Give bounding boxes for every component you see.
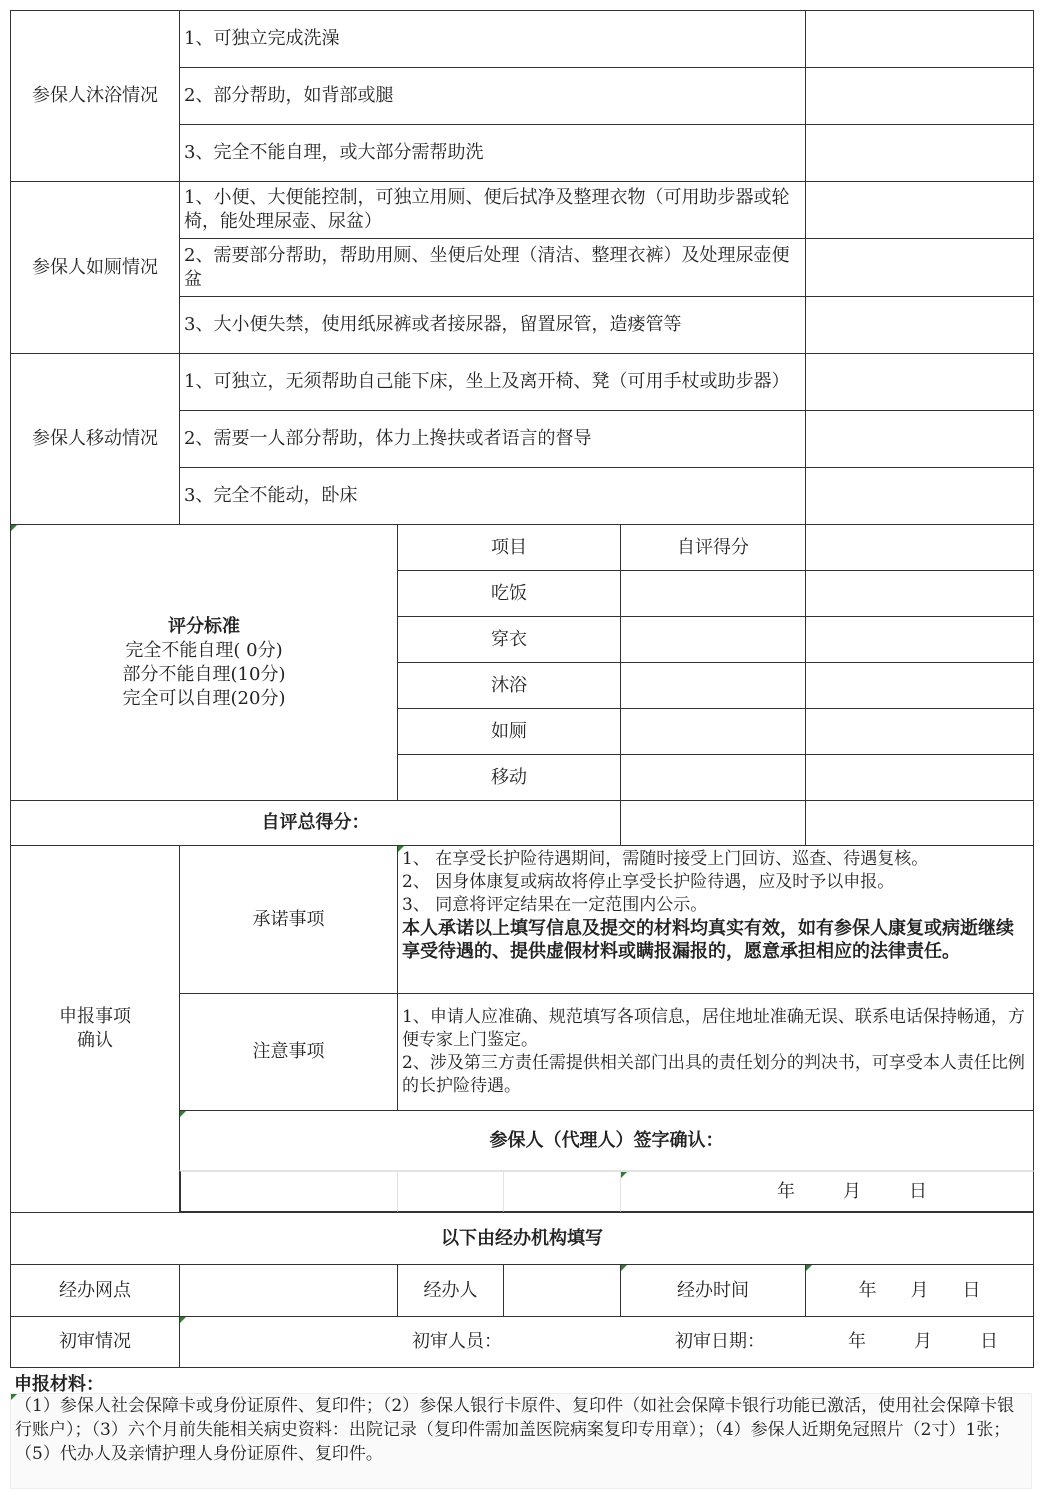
review-date-label: 初审日期：	[675, 1330, 765, 1354]
mobility-option-2-check[interactable]	[805, 410, 1034, 468]
cell-marker-icon	[180, 1111, 186, 1117]
review-content[interactable]: 初审人员： 初审日期： 年 月 日	[179, 1316, 1034, 1368]
bathing-option-1: 1、可独立完成洗澡	[179, 10, 806, 68]
scoring-criteria: 评分标准 完全不能自理( 0分) 部分不能自理(10分) 完全可以自理(20分)	[10, 524, 398, 801]
notice-label-text: 注意事项	[253, 1040, 325, 1064]
total-label-text: 自评总得分：	[262, 811, 370, 835]
item-text: 沐浴	[491, 674, 527, 698]
toileting-option-1: 1、小便、大便能控制，可独立用厕、便后拭净及整理衣物（可用助步器或轮椅，能处理尿…	[179, 181, 806, 239]
time-date-input[interactable]: 年 月 日	[805, 1264, 1034, 1317]
date-day: 日	[909, 1180, 927, 1204]
date-year: 年	[859, 1279, 877, 1303]
promise-item: 2、 因身体康复或病故将停止享受长护险待遇，应及时予以申报。	[402, 871, 1029, 894]
score-input-eating[interactable]	[620, 570, 806, 617]
score-extra-bathing[interactable]	[805, 662, 1034, 709]
agency-header: 以下由经办机构填写	[10, 1212, 1034, 1265]
score-input-dressing[interactable]	[620, 616, 806, 663]
scoring-row-dressing: 穿衣	[397, 616, 621, 663]
option-text: 3、完全不能自理，或大部分需帮助洗	[184, 141, 483, 165]
cell-marker-icon	[621, 1265, 627, 1271]
cell-marker-icon	[806, 1265, 812, 1271]
option-text: 2、需要一人部分帮助，体力上搀扶或者语言的督导	[184, 427, 591, 451]
score-extra-toileting[interactable]	[805, 708, 1034, 755]
section-label-text: 参保人如厕情况	[32, 256, 158, 280]
score-extra-mobility[interactable]	[805, 754, 1034, 801]
mobility-option-1: 1、可独立，无须帮助自己能下床，坐上及离开椅、凳（可用手杖或助步器）	[179, 353, 806, 411]
scoring-row-mobility: 移动	[397, 754, 621, 801]
scoring-header-item: 项目	[397, 524, 621, 571]
mobility-option-3: 3、完全不能动，卧床	[179, 467, 806, 525]
date-day: 日	[963, 1279, 981, 1303]
bathing-option-3: 3、完全不能自理，或大部分需帮助洗	[179, 124, 806, 182]
date-month: 月	[914, 1330, 932, 1354]
handler-label: 经办人	[397, 1264, 504, 1317]
time-label-text: 经办时间	[677, 1279, 749, 1303]
toileting-option-3: 3、大小便失禁，使用纸尿裤或者接尿器，留置尿管，造瘘管等	[179, 296, 806, 354]
score-input-bathing[interactable]	[620, 662, 806, 709]
declaration-label: 申报事项 确认	[10, 845, 180, 1213]
cell-marker-icon	[621, 1172, 627, 1178]
scoring-row-eating: 吃饭	[397, 570, 621, 617]
mobility-option-3-check[interactable]	[805, 467, 1034, 525]
promise-label-text: 承诺事项	[253, 908, 325, 932]
toileting-option-1-check[interactable]	[805, 181, 1034, 239]
agency-header-text: 以下由经办机构填写	[441, 1227, 603, 1251]
cell-marker-icon	[398, 846, 404, 852]
review-label-text: 初审情况	[59, 1330, 131, 1354]
bathing-option-2: 2、部分帮助，如背部或腿	[179, 67, 806, 125]
mobility-option-1-check[interactable]	[805, 353, 1034, 411]
bathing-option-1-check[interactable]	[805, 10, 1034, 68]
score-extra-eating[interactable]	[805, 570, 1034, 617]
signature-field-2[interactable]	[397, 1171, 504, 1212]
header-text: 项目	[491, 536, 527, 560]
date-year: 年	[848, 1330, 866, 1354]
reviewer-label: 初审人员：	[412, 1330, 502, 1354]
declaration-label-line: 确认	[77, 1029, 113, 1053]
cell-marker-icon	[180, 1317, 186, 1323]
notice-item: 1、申请人应准确、规范填写各项信息，居住地址准确无误、联系电话保持畅通，方便专家…	[402, 1006, 1029, 1052]
total-score-label: 自评总得分：	[10, 800, 621, 846]
score-extra-dressing[interactable]	[805, 616, 1034, 663]
notice-content: 1、申请人应准确、规范填写各项信息，居住地址准确无误、联系电话保持畅通，方便专家…	[397, 993, 1034, 1111]
declaration-label-line: 申报事项	[59, 1005, 131, 1029]
header-text: 自评得分	[677, 536, 749, 560]
option-text: 2、部分帮助，如背部或腿	[184, 84, 393, 108]
promise-item: 3、 同意将评定结果在一定范围内公示。	[402, 894, 1029, 917]
toileting-option-2: 2、需要部分帮助，帮助用厕、坐便后处理（清洁、整理衣裤）及处理尿壶便盆	[179, 238, 806, 297]
site-label: 经办网点	[10, 1264, 180, 1317]
promise-statement: 本人承诺以上填写信息及提交的材料均真实有效，如有参保人康复或病逝继续享受待遇的、…	[402, 917, 1029, 963]
item-text: 如厕	[491, 720, 527, 744]
signature-field-3[interactable]	[503, 1171, 621, 1212]
toileting-section-label: 参保人如厕情况	[10, 181, 180, 354]
score-input-mobility[interactable]	[620, 754, 806, 801]
handler-input[interactable]	[503, 1264, 621, 1317]
signature-label: 参保人（代理人）签字确认：	[179, 1110, 1034, 1171]
scoring-row-bathing: 沐浴	[397, 662, 621, 709]
total-score-extra[interactable]	[805, 800, 1034, 846]
option-text: 3、完全不能动，卧床	[184, 484, 357, 508]
item-text: 移动	[491, 766, 527, 790]
promise-label: 承诺事项	[179, 845, 398, 994]
notice-label: 注意事项	[179, 993, 398, 1111]
toileting-option-2-check[interactable]	[805, 238, 1034, 297]
scoring-line: 完全可以自理(20分)	[123, 687, 286, 711]
signature-date[interactable]: 年 月 日	[620, 1171, 1034, 1212]
mobility-section-label: 参保人移动情况	[10, 353, 180, 525]
option-text: 1、可独立完成洗澡	[184, 27, 339, 51]
site-input[interactable]	[179, 1264, 398, 1317]
bathing-option-2-check[interactable]	[805, 67, 1034, 125]
bathing-section-label: 参保人沐浴情况	[10, 10, 180, 182]
scoring-line: 部分不能自理(10分)	[123, 663, 286, 687]
date-month: 月	[843, 1180, 861, 1204]
mobility-option-2: 2、需要一人部分帮助，体力上搀扶或者语言的督导	[179, 410, 806, 468]
option-text: 1、可独立，无须帮助自己能下床，坐上及离开椅、凳（可用手杖或助步器）	[184, 370, 789, 394]
section-label-text: 参保人沐浴情况	[32, 84, 158, 108]
bathing-option-3-check[interactable]	[805, 124, 1034, 182]
toileting-option-3-check[interactable]	[805, 296, 1034, 354]
cell-marker-icon	[11, 1394, 17, 1400]
section-label-text: 参保人移动情况	[32, 427, 158, 451]
item-text: 穿衣	[491, 628, 527, 652]
signature-field[interactable]	[180, 1171, 398, 1212]
item-text: 吃饭	[491, 582, 527, 606]
date-month: 月	[911, 1279, 929, 1303]
review-label: 初审情况	[10, 1316, 180, 1368]
score-input-toileting[interactable]	[620, 708, 806, 755]
option-text: 3、大小便失禁，使用纸尿裤或者接尿器，留置尿管，造瘘管等	[184, 313, 681, 337]
date-year: 年	[777, 1180, 795, 1204]
site-label-text: 经办网点	[59, 1279, 131, 1303]
total-score-input[interactable]	[620, 800, 806, 846]
scoring-header-score: 自评得分	[620, 524, 806, 571]
scoring-title: 评分标准	[168, 615, 240, 639]
time-label: 经办时间	[620, 1264, 806, 1317]
date-day: 日	[980, 1330, 998, 1354]
scoring-header-extra	[805, 524, 1034, 571]
promise-item: 1、 在享受长护险待遇期间，需随时接受上门回访、巡查、待遇复核。	[402, 848, 1029, 871]
materials-body: （1）参保人社会保障卡或身份证原件、复印件；（2）参保人银行卡原件、复印件（如社…	[10, 1393, 1032, 1489]
option-text: 1、小便、大便能控制，可独立用厕、便后拭净及整理衣物（可用助步器或轮椅，能处理尿…	[184, 186, 801, 234]
scoring-line: 完全不能自理( 0分)	[125, 639, 282, 663]
signature-label-text: 参保人（代理人）签字确认：	[490, 1129, 724, 1153]
promise-content: 1、 在享受长护险待遇期间，需随时接受上门回访、巡查、待遇复核。 2、 因身体康…	[397, 845, 1034, 994]
option-text: 2、需要部分帮助，帮助用厕、坐便后处理（清洁、整理衣裤）及处理尿壶便盆	[184, 244, 801, 292]
cell-marker-icon	[11, 525, 17, 531]
handler-label-text: 经办人	[424, 1279, 478, 1303]
notice-item: 2、涉及第三方责任需提供相关部门出具的责任划分的判决书，可享受本人责任比例的长护…	[402, 1052, 1029, 1098]
scoring-row-toileting: 如厕	[397, 708, 621, 755]
